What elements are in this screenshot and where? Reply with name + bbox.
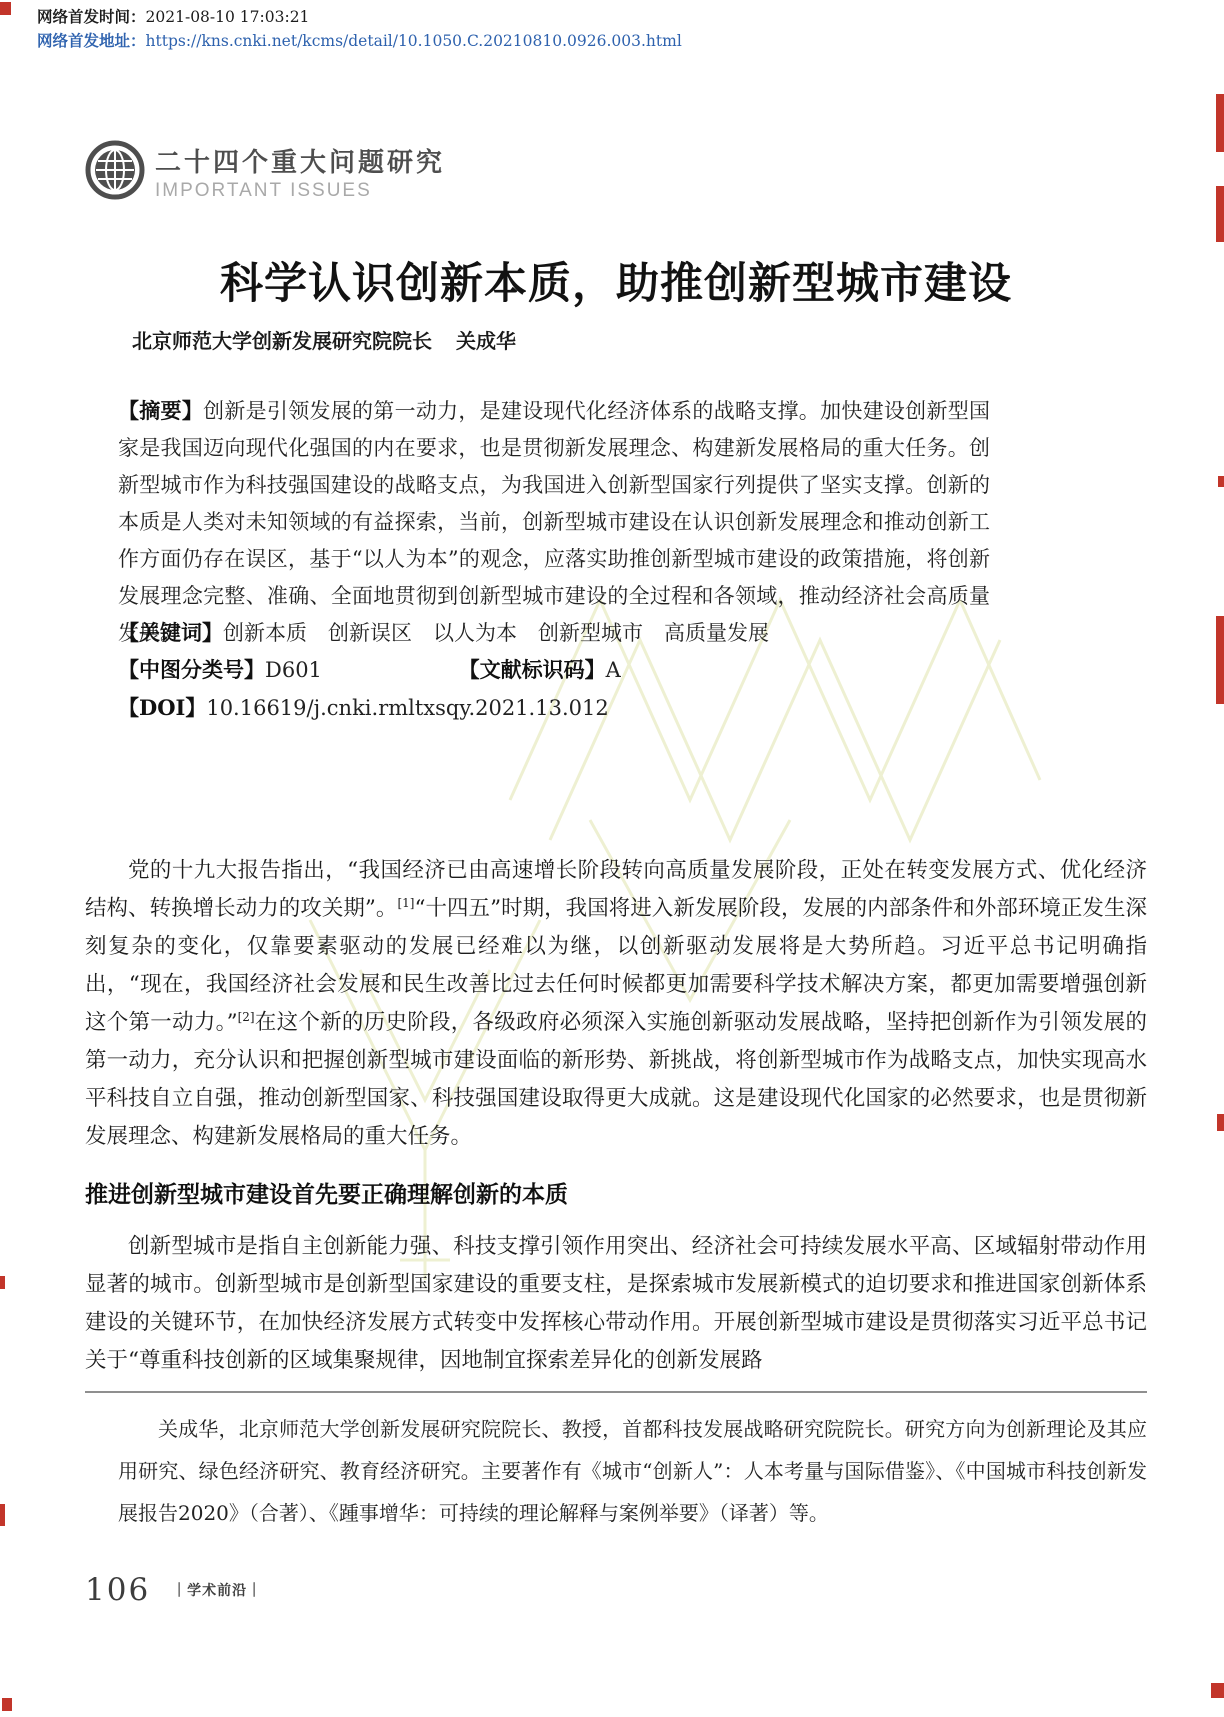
prepub-url-line: 网络首发地址：https://kns.cnki.net/kcms/detail/… bbox=[37, 29, 682, 53]
footnote-separator bbox=[85, 1391, 1147, 1393]
footnote-text: 关成华，北京师范大学创新发展研究院院长、教授，首都科技发展战略研究院院长。研究方… bbox=[118, 1408, 1147, 1534]
masthead-title-en: IMPORTANT ISSUES bbox=[155, 180, 445, 202]
scan-artifact bbox=[1216, 186, 1224, 242]
body-paragraph-1: 党的十九大报告指出，“我国经济已由高速增长阶段转向高质量发展阶段，正处在转变发展… bbox=[85, 852, 1147, 1156]
prepub-time-value: 2021-08-10 17:03:21 bbox=[146, 8, 310, 26]
article-title: 科学认识创新本质，助推创新型城市建设 bbox=[85, 250, 1147, 311]
scan-artifact bbox=[1218, 476, 1224, 487]
clc-line: 【中图分类号】D601 【文献标识码】A bbox=[118, 654, 621, 684]
clc-label: 【中图分类号】 bbox=[118, 657, 265, 682]
page-number: 106 bbox=[85, 1572, 150, 1608]
scan-artifact bbox=[2, 1698, 12, 1711]
citation-ref-1: [1] bbox=[397, 896, 414, 910]
abstract-text: 创新是引领发展的第一动力，是建设现代化经济体系的战略支撑。加快建设创新型国家是我… bbox=[118, 399, 990, 645]
citation-ref-2: [2] bbox=[238, 1010, 255, 1024]
doc-code-value: A bbox=[606, 658, 621, 682]
page-footer: 106 ｜学术前沿｜ bbox=[85, 1572, 262, 1608]
globe-icon bbox=[85, 140, 145, 200]
scan-artifact bbox=[0, 1276, 5, 1289]
section-heading: 推进创新型城市建设首先要正确理解创新的本质 bbox=[85, 1176, 568, 1209]
scan-artifact bbox=[1216, 616, 1224, 704]
body-paragraph-2: 创新型城市是指自主创新能力强、科技支撑引领作用突出、经济社会可持续发展水平高、区… bbox=[85, 1228, 1147, 1380]
scan-artifact bbox=[1217, 1114, 1224, 1131]
prepub-url-label: 网络首发地址： bbox=[37, 31, 146, 50]
masthead-title-cn: 二十四个重大问题研究 bbox=[155, 142, 445, 179]
author-line: 北京师范大学创新发展研究院院长关成华 bbox=[132, 325, 516, 354]
column-masthead: 二十四个重大问题研究 IMPORTANT ISSUES bbox=[85, 140, 445, 202]
doc-code-label: 【文献标识码】 bbox=[459, 657, 606, 682]
doi-label: 【DOI】 bbox=[118, 695, 206, 720]
doi-line: 【DOI】10.16619/j.cnki.rmltxsqy.2021.13.01… bbox=[118, 692, 609, 722]
journal-mark: ｜学术前沿｜ bbox=[172, 1580, 262, 1600]
keywords-line: 【关键词】创新本质 创新误区 以人为本 创新型城市 高质量发展 bbox=[118, 617, 990, 647]
body1-text-c: 在这个新的历史阶段，各级政府必须深入实施创新驱动发展战略，坚持把创新作为引领发展… bbox=[85, 1010, 1147, 1149]
scan-artifact bbox=[0, 1504, 5, 1526]
scan-artifact bbox=[1211, 1683, 1224, 1698]
keywords-text: 创新本质 创新误区 以人为本 创新型城市 高质量发展 bbox=[223, 621, 769, 645]
author-affiliation: 北京师范大学创新发展研究院院长 bbox=[132, 329, 432, 353]
section1-paragraph: 创新型城市是指自主创新能力强、科技支撑引领作用突出、经济社会可持续发展水平高、区… bbox=[85, 1228, 1147, 1380]
clc-value: D601 bbox=[265, 658, 322, 682]
prepub-header: 网络首发时间：2021-08-10 17:03:21 网络首发地址：https:… bbox=[37, 5, 682, 53]
doi-value: 10.16619/j.cnki.rmltxsqy.2021.13.012 bbox=[206, 696, 608, 720]
prepub-time-line: 网络首发时间：2021-08-10 17:03:21 bbox=[37, 5, 682, 29]
abstract-label: 【摘要】 bbox=[118, 398, 203, 423]
scan-artifact bbox=[0, 2, 11, 15]
abstract-block: 【摘要】创新是引领发展的第一动力，是建设现代化经济体系的战略支撑。加快建设创新型… bbox=[118, 392, 990, 652]
masthead-text: 二十四个重大问题研究 IMPORTANT ISSUES bbox=[155, 142, 445, 202]
prepub-url-link[interactable]: https://kns.cnki.net/kcms/detail/10.1050… bbox=[146, 32, 682, 50]
prepub-time-label: 网络首发时间： bbox=[37, 7, 146, 26]
author-name: 关成华 bbox=[456, 329, 516, 353]
journal-page: 网络首发时间：2021-08-10 17:03:21 网络首发地址：https:… bbox=[0, 0, 1224, 1717]
author-footnote: 关成华，北京师范大学创新发展研究院院长、教授，首都科技发展战略研究院院长。研究方… bbox=[118, 1408, 1147, 1534]
keywords-label: 【关键词】 bbox=[118, 620, 223, 645]
scan-artifact bbox=[1216, 94, 1224, 152]
